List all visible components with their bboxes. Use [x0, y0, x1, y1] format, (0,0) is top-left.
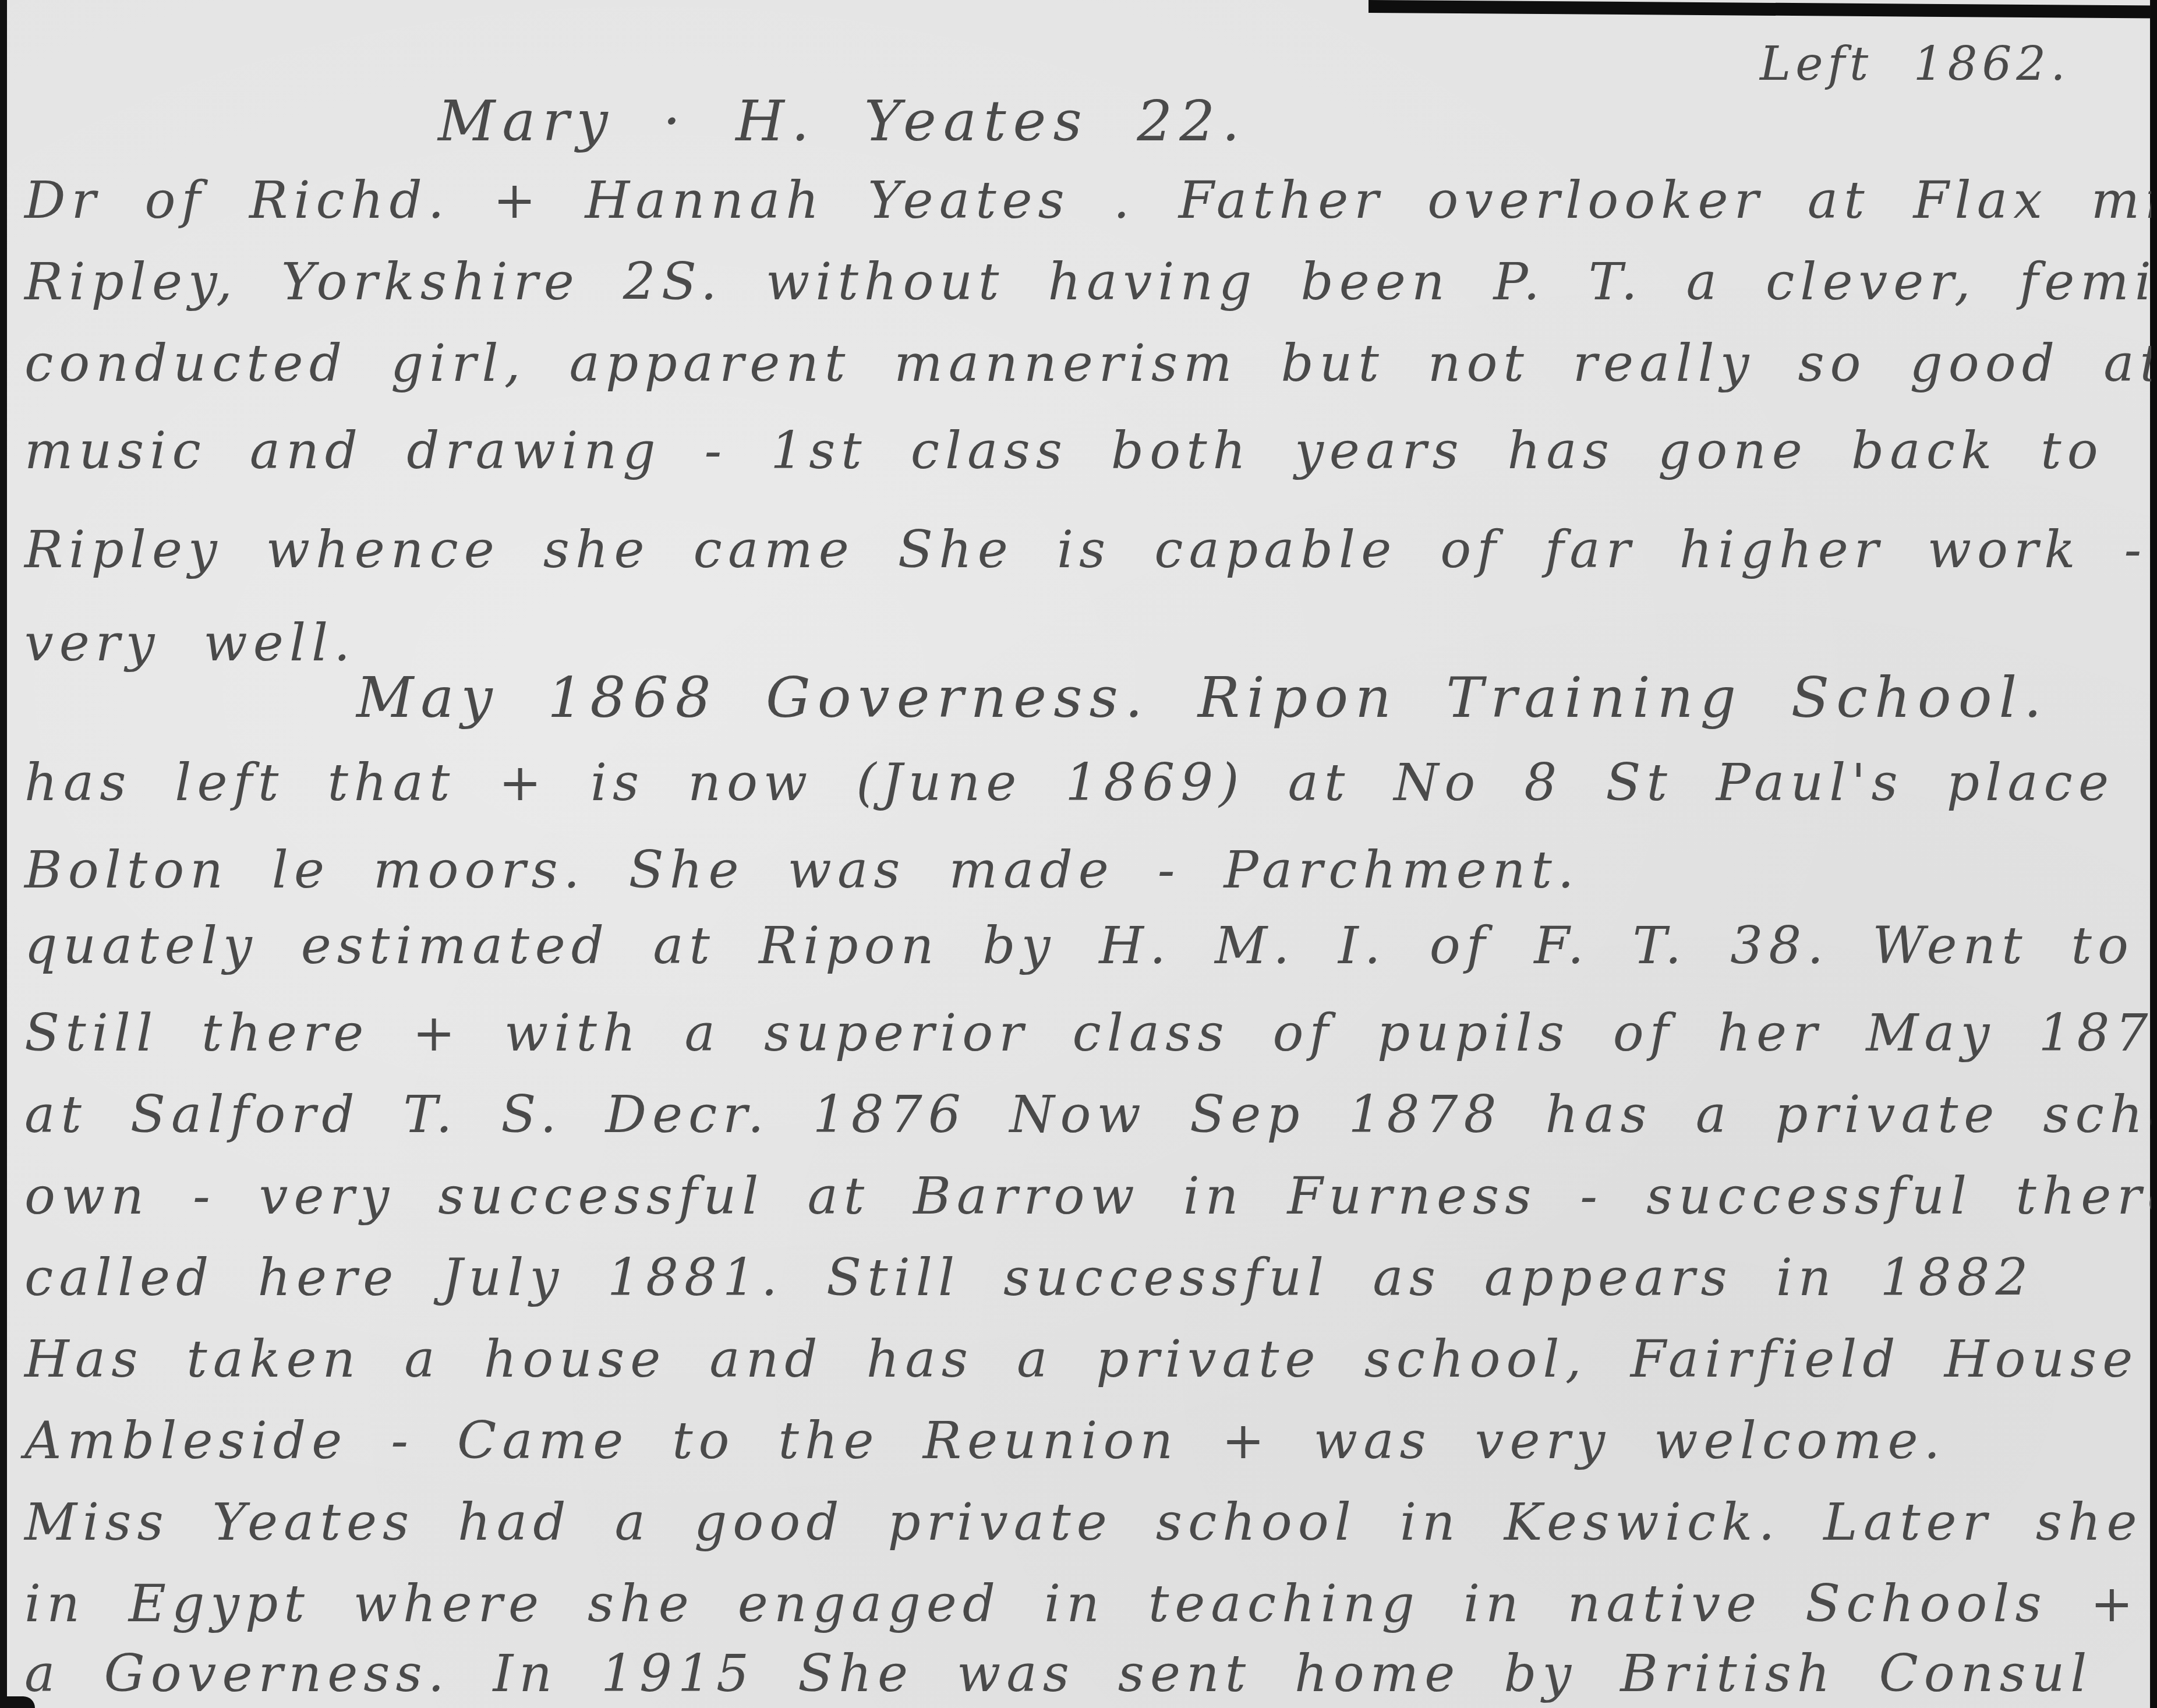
scan-left-edge	[0, 0, 7, 1708]
entry-line-1: Dr of Richd. + Hannah Yeates . Father ov…	[24, 175, 2157, 226]
entry-line-13: called here July 1881. Still successful …	[24, 1252, 2034, 1303]
entry-line-14: Has taken a house and has a private scho…	[24, 1334, 2157, 1385]
entry-line-4: music and drawing - 1st class both years…	[24, 425, 2104, 476]
entry-line-16: Miss Yeates had a good private school in…	[24, 1497, 2157, 1548]
card-corner-shadow	[0, 1696, 35, 1708]
entry-line-10: Still there + with a superior class of p…	[24, 1007, 2157, 1059]
entry-line-5: Ripley whence she came She is capable of…	[24, 524, 2157, 575]
entry-line-2: Ripley, Yorkshire 2S. without having bee…	[24, 256, 2157, 307]
entry-subheading-governess: May 1868 Governess. Ripon Training Schoo…	[356, 670, 2049, 726]
card-heading-name: Mary · H. Yeates 22.	[438, 93, 1247, 149]
entry-line-9: quately estimated at Ripon by H. M. I. o…	[24, 920, 2157, 971]
entry-line-11: at Salford T. S. Decr. 1876 Now Sep 1878…	[24, 1089, 2157, 1140]
entry-line-12: own - very successful at Barrow in Furne…	[24, 1171, 2157, 1222]
entry-line-7: has left that + is now (June 1869) at No…	[24, 757, 2157, 808]
top-right-annotation: Left 1862.	[1760, 41, 2070, 87]
entry-line-18: a Governess. In 1915 She was sent home b…	[24, 1648, 2092, 1699]
entry-line-6: very well.	[24, 617, 356, 669]
entry-line-17: in Egypt where she engaged in teaching i…	[24, 1578, 2157, 1629]
entry-line-3: conducted girl, apparent mannerism but n…	[24, 338, 2157, 389]
register-card: Left 1862. Mary · H. Yeates 22. Dr of Ri…	[7, 0, 2150, 1708]
entry-line-8: Bolton le moors. She was made - Parchmen…	[24, 844, 1580, 896]
entry-line-15: Ambleside - Came to the Reunion + was ve…	[24, 1415, 1946, 1466]
scan-right-edge	[2151, 0, 2157, 1708]
